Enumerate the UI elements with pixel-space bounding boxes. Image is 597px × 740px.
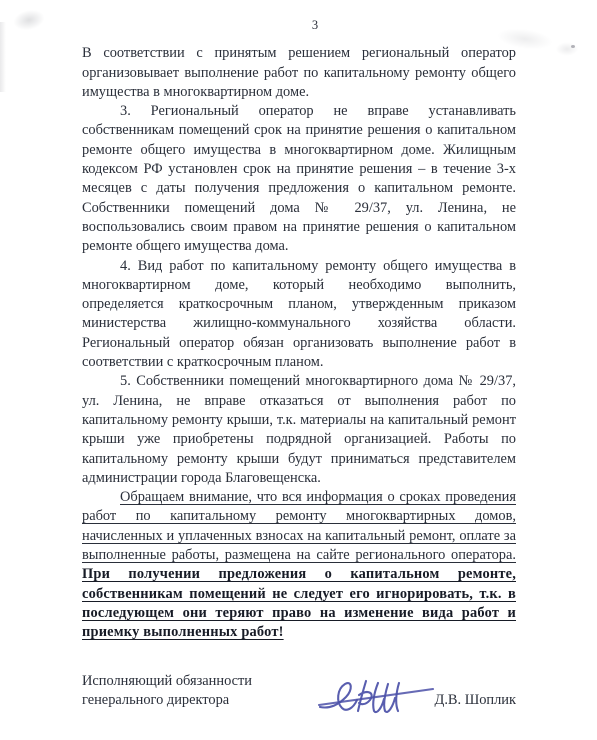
scan-speck [571,45,575,48]
document-content: 3 В соответствии с принятым решением рег… [82,16,516,718]
body-paragraph: 3. Региональный оператор не вправе устан… [82,102,516,256]
scanned-document-page: 3 В соответствии с принятым решением рег… [0,0,597,740]
notice-paragraph: Обращаем внимание, что вся информация о … [82,488,516,642]
scan-smudge-right-edge [552,40,582,58]
body-paragraph: 5. Собственники помещений многоквартирно… [82,372,516,488]
body-paragraph: 4. Вид работ по капитальному ремонту общ… [82,257,516,373]
signature-block: Исполняющий обязанности генерального дир… [82,672,516,718]
signatory-title-line2: генерального директора [82,691,285,711]
signatory-title-line1: Исполняющий обязанности [82,672,285,692]
page-number: 3 [82,16,516,35]
scan-smudge-top-left [6,3,52,37]
signatory-name: Д.В. Шоплик [435,672,517,710]
body-paragraph: В соответствии с принятым решением регио… [82,44,516,102]
notice-bold-underlined-text: При получении предложения о капитальном … [82,566,516,640]
document-body: В соответствии с принятым решением регио… [82,44,516,488]
handwritten-signature [317,672,435,718]
signatory-title: Исполняющий обязанности генерального дир… [82,672,285,711]
notice-underlined-text: Обращаем внимание, что вся информация о … [82,489,516,563]
scan-edge-shadow [0,22,6,92]
